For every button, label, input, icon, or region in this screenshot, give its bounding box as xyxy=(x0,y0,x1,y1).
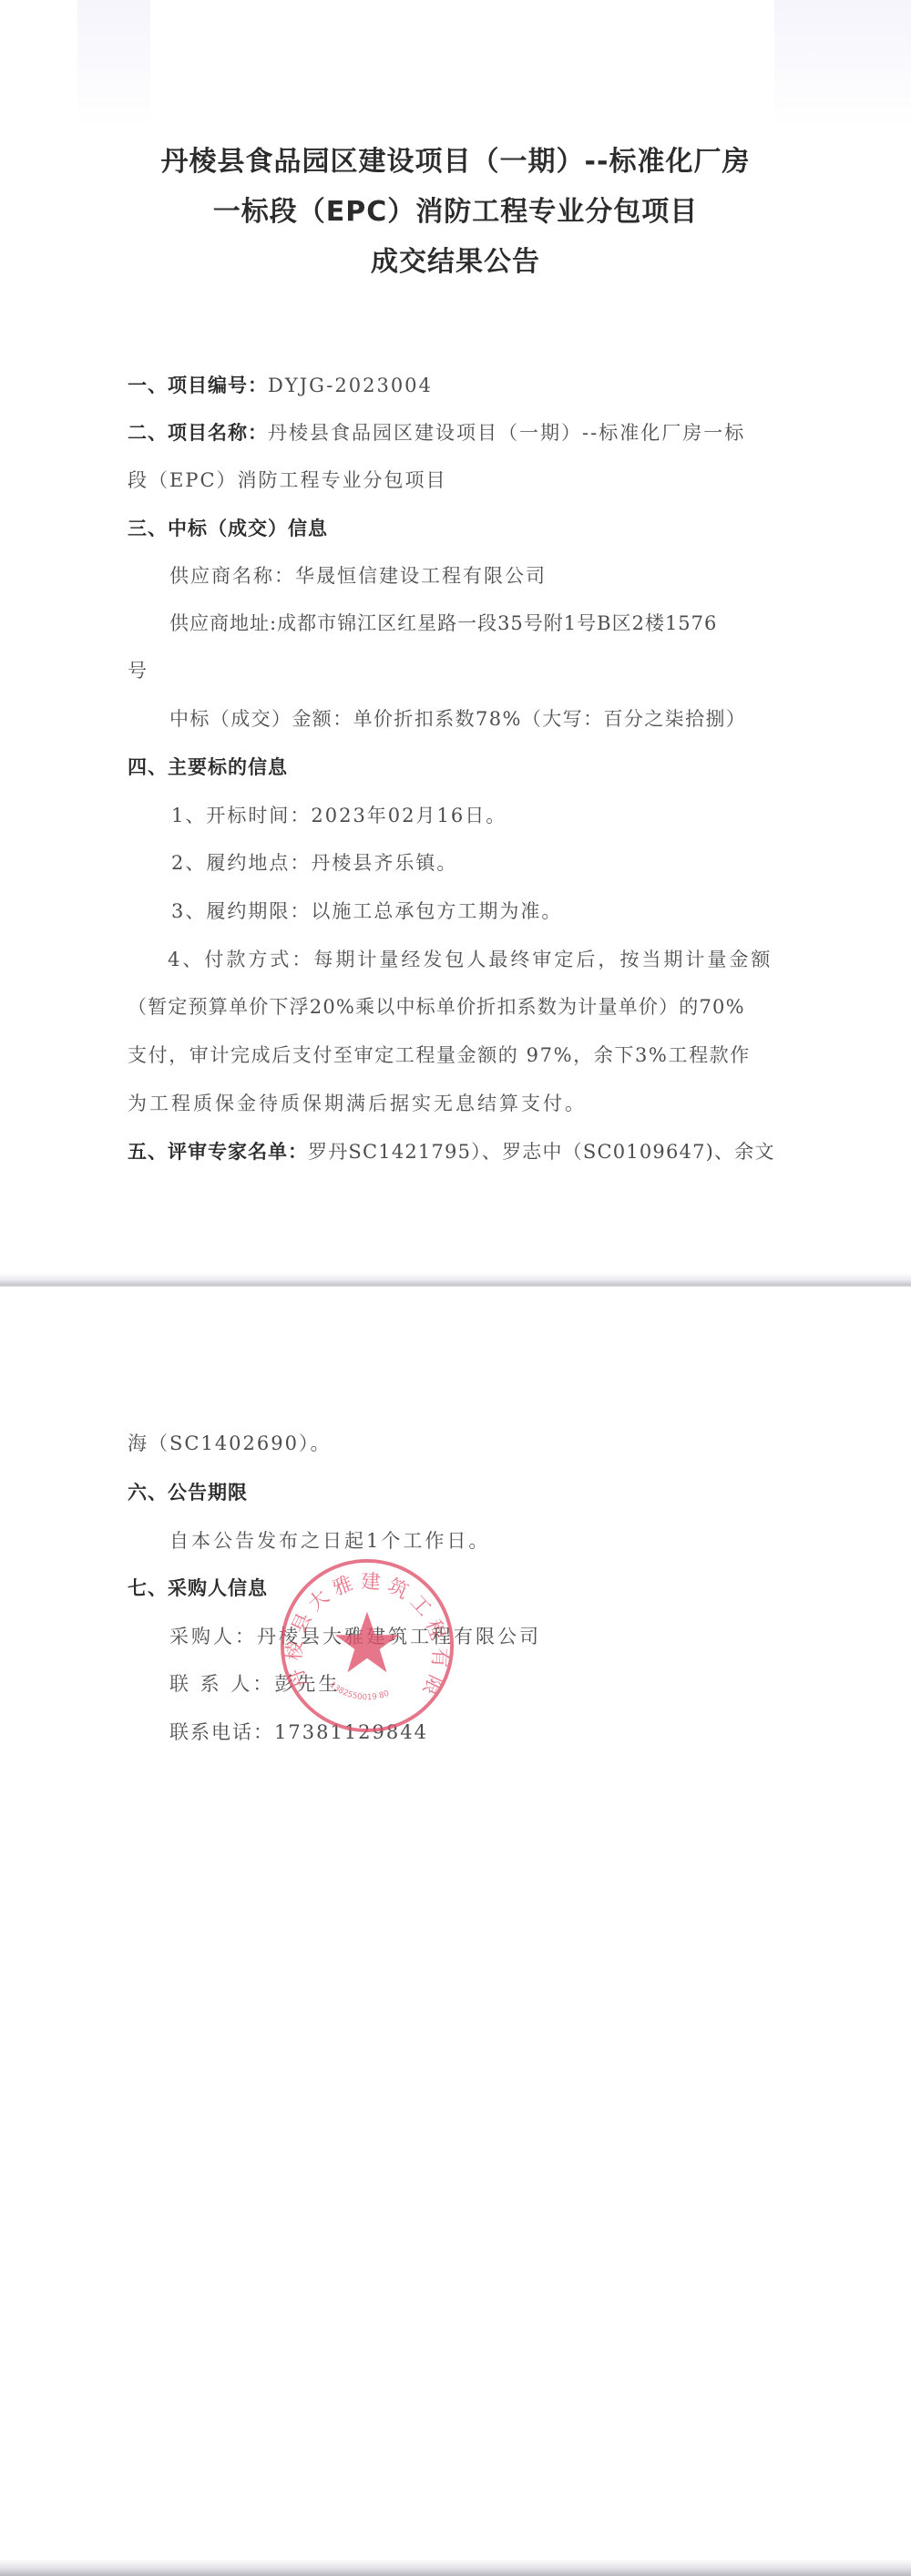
section-4-heading: 四、主要标的信息 xyxy=(128,754,288,781)
page-2: 海（SC1402690）。 六、公告期限 自本公告发布之日起1个工作日。 七、采… xyxy=(0,1287,911,2576)
item-payment-line-1: 4、付款方式：每期计量经发包人最终审定后，按当期计量金额 xyxy=(168,946,773,973)
section-2-heading: 二、项目名称： xyxy=(128,422,268,444)
project-name-line-1: 丹棱县食品园区建设项目（一期）--标准化厂房一标 xyxy=(268,422,745,444)
page-1: 丹棱县食品园区建设项目（一期）--标准化厂房 一标段（EPC）消防工程专业分包项… xyxy=(0,0,911,1276)
supplier-name: 供应商名称：华晟恒信建设工程有限公司 xyxy=(169,562,547,590)
section-3-heading: 三、中标（成交）信息 xyxy=(128,515,328,542)
project-name-line-2: 段（EPC）消防工程专业分包项目 xyxy=(128,467,447,494)
scan-bottom-edge xyxy=(0,2559,911,2576)
announcement-period: 自本公告发布之日起1个工作日。 xyxy=(169,1527,490,1555)
item-performance-location: 2、履约地点：丹棱县齐乐镇。 xyxy=(171,849,457,877)
expert-list-line-2: 海（SC1402690）。 xyxy=(128,1430,331,1457)
purchaser-name: 采购人：丹棱县大雅建筑工程有限公司 xyxy=(169,1623,541,1650)
section-5: 五、评审专家名单：罗丹SC1421795）、罗志中（SC0109647)、余文 xyxy=(128,1138,775,1165)
contact-phone: 联系电话：17381129844 xyxy=(169,1719,428,1746)
section-5-heading: 五、评审专家名单： xyxy=(128,1141,308,1163)
section-1-heading: 一、项目编号： xyxy=(128,375,268,396)
section-6-heading: 六、公告期限 xyxy=(128,1479,248,1506)
scan-artifact xyxy=(774,0,911,128)
bid-amount: 中标（成交）金额：单价折扣系数78%（大写：百分之柒拾捌） xyxy=(169,705,746,733)
project-number: DYJG-2023004 xyxy=(268,375,433,396)
section-1: 一、项目编号：DYJG-2023004 xyxy=(128,372,433,399)
item-payment-line-2: （暂定预算单价下浮20%乘以中标单价折扣系数为计量单价）的70% xyxy=(128,993,745,1021)
section-2: 二、项目名称：丹棱县食品园区建设项目（一期）--标准化厂房一标 xyxy=(128,419,745,446)
title-line-2: 一标段（EPC）消防工程专业分包项目 xyxy=(0,194,911,231)
supplier-address-line-2: 号 xyxy=(128,657,148,684)
item-performance-period: 3、履约期限：以施工总承包方工期为准。 xyxy=(171,898,562,925)
expert-list-line-1: 罗丹SC1421795）、罗志中（SC0109647)、余文 xyxy=(308,1141,775,1163)
item-payment-line-3: 支付，审计完成后支付至审定工程量金额的 97%，余下3%工程款作 xyxy=(128,1042,751,1069)
contact-person: 联 系 人：彭先生 xyxy=(169,1670,340,1698)
scan-artifact xyxy=(77,0,150,128)
title-line-1: 丹棱县食品园区建设项目（一期）--标准化厂房 xyxy=(0,144,911,180)
title-line-3: 成交结果公告 xyxy=(0,244,911,281)
item-payment-line-4: 为工程质保金待质保期满后据实无息结算支付。 xyxy=(128,1090,587,1117)
section-7-heading: 七、采购人信息 xyxy=(128,1575,268,1602)
item-bid-opening-time: 1、开标时间：2023年02月16日。 xyxy=(171,802,507,829)
supplier-address-line-1: 供应商地址:成都市锦江区红星路一段35号附1号B区2楼1576 xyxy=(169,610,717,637)
